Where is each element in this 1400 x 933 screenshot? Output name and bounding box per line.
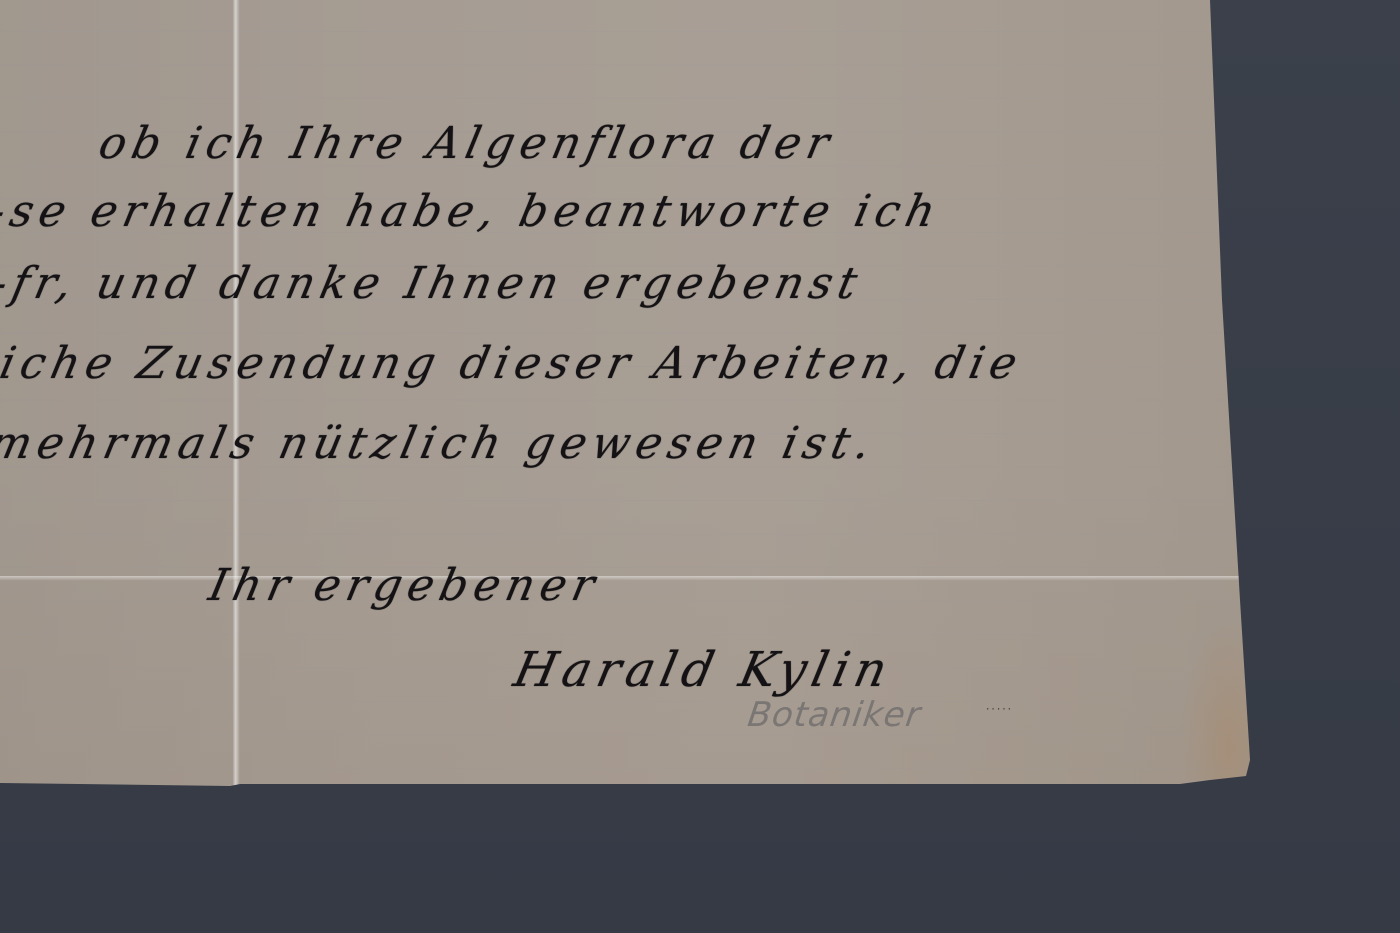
letter-line-4: -iche Zusendung dieser Arbeiten, die: [0, 338, 1028, 389]
closing-salutation: Ihr ergebener: [205, 560, 605, 611]
letter-line-2: -se erhalten habe, beantworte ich: [0, 186, 946, 237]
horizontal-fold-crease: [0, 576, 1245, 581]
pencil-annotation: Botaniker: [745, 695, 923, 735]
paper-stain: [1180, 620, 1250, 780]
letter-page: ob ich Ihre Algenflora der -se erhalten …: [0, 0, 1260, 790]
letter-line-1: ob ich Ihre Algenflora der: [95, 118, 840, 169]
small-stamp-mark: ·····: [985, 705, 1012, 715]
letter-line-3: -fr, und danke Ihnen ergebenst: [0, 258, 867, 309]
letter-line-5: mehrmals nützlich gewesen ist.: [0, 418, 881, 469]
signature: Harald Kylin: [509, 642, 898, 698]
